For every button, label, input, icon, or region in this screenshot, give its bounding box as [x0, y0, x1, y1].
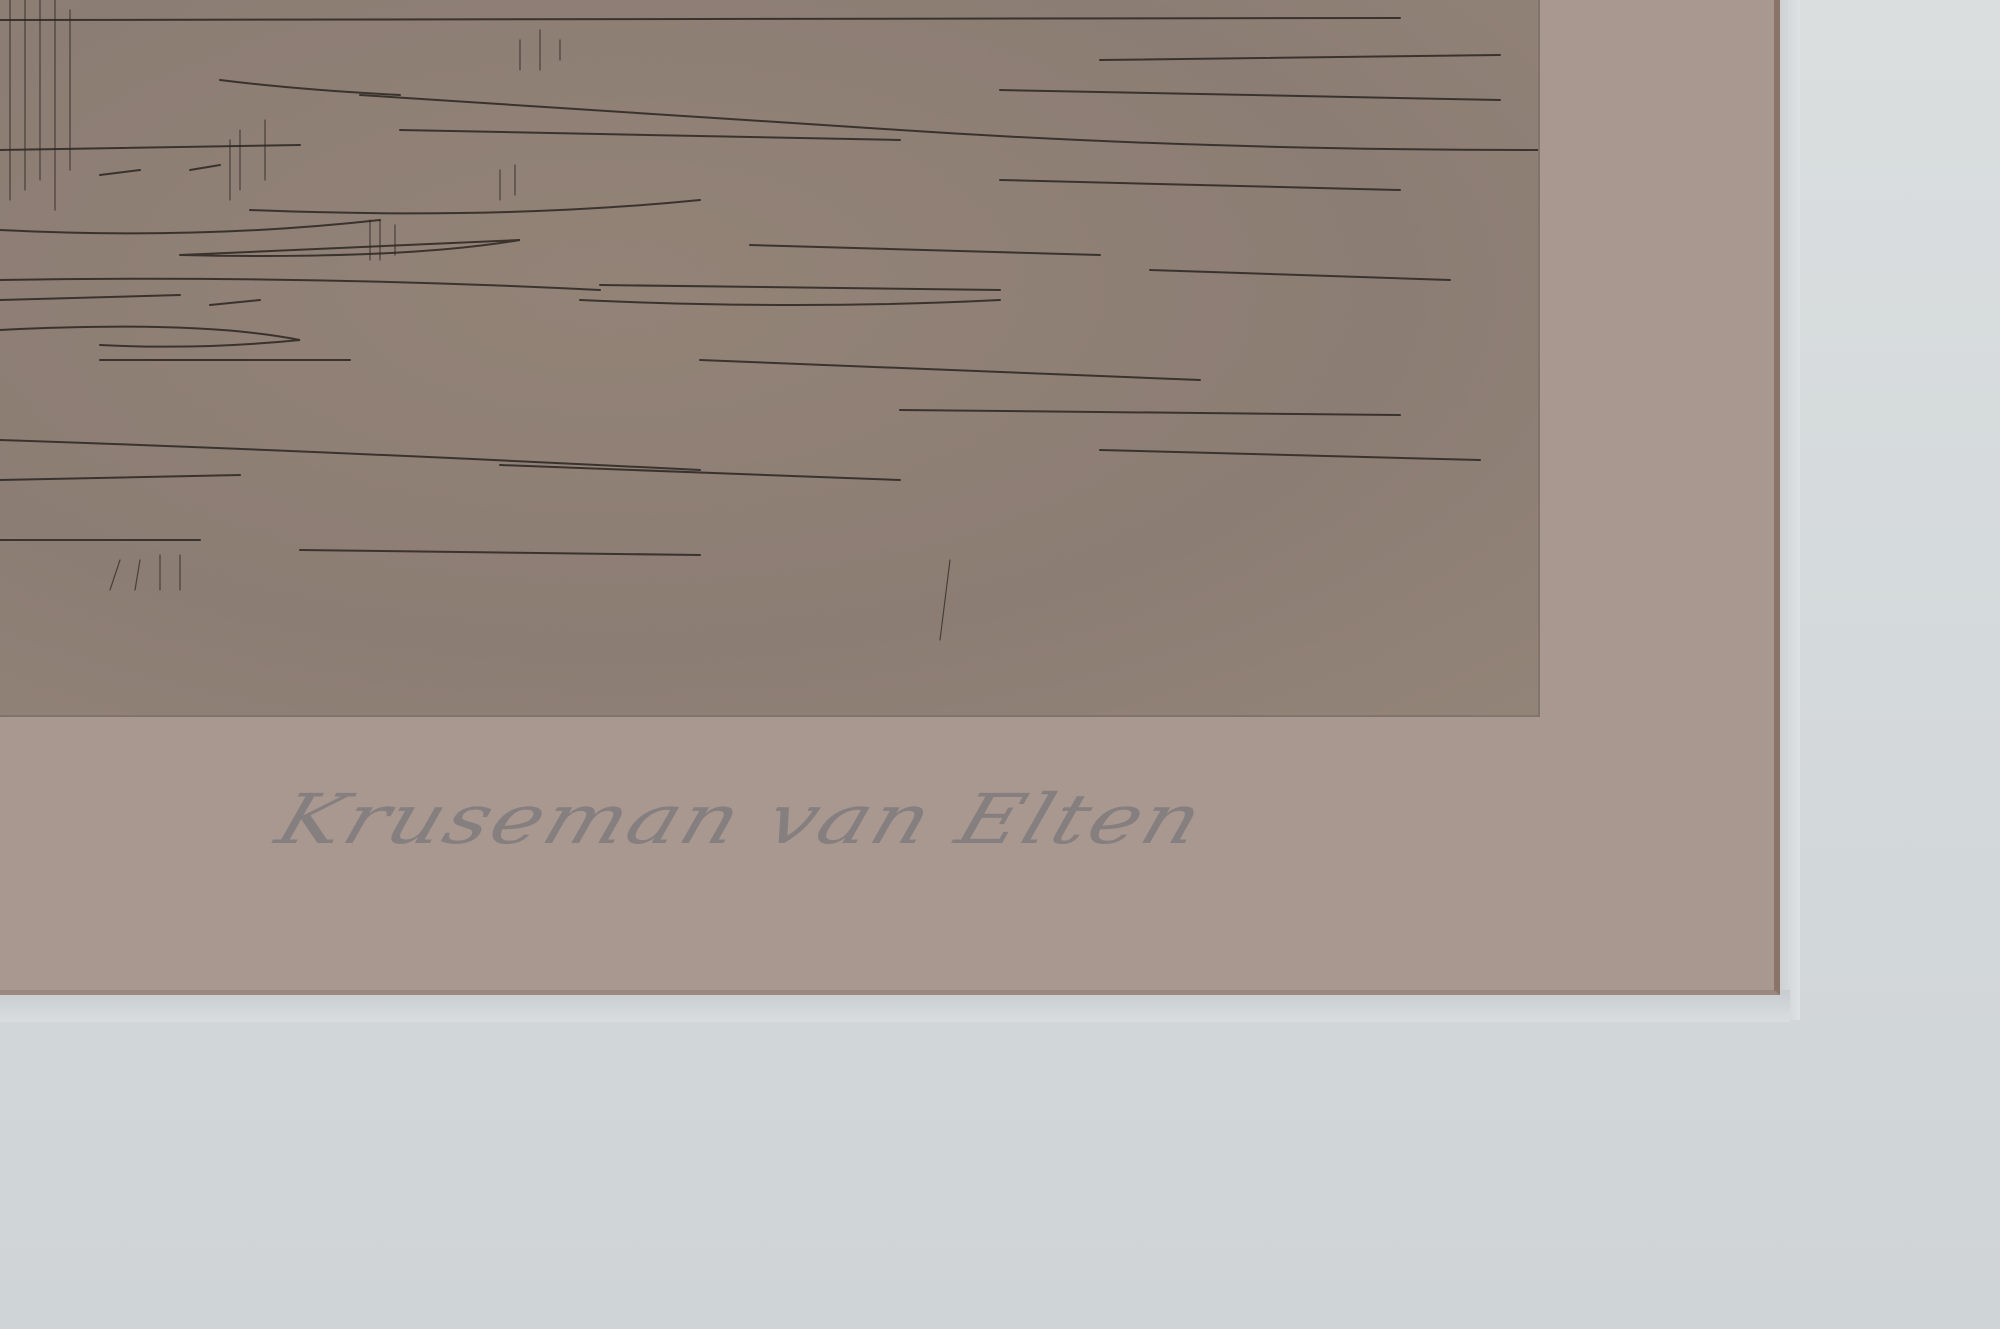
pencil-signature: Kruseman van Elten: [267, 780, 1214, 860]
etched-plate-area: [0, 0, 1540, 717]
etching-lines: [0, 0, 1538, 715]
print-paper: Kruseman van Elten: [0, 0, 1780, 995]
